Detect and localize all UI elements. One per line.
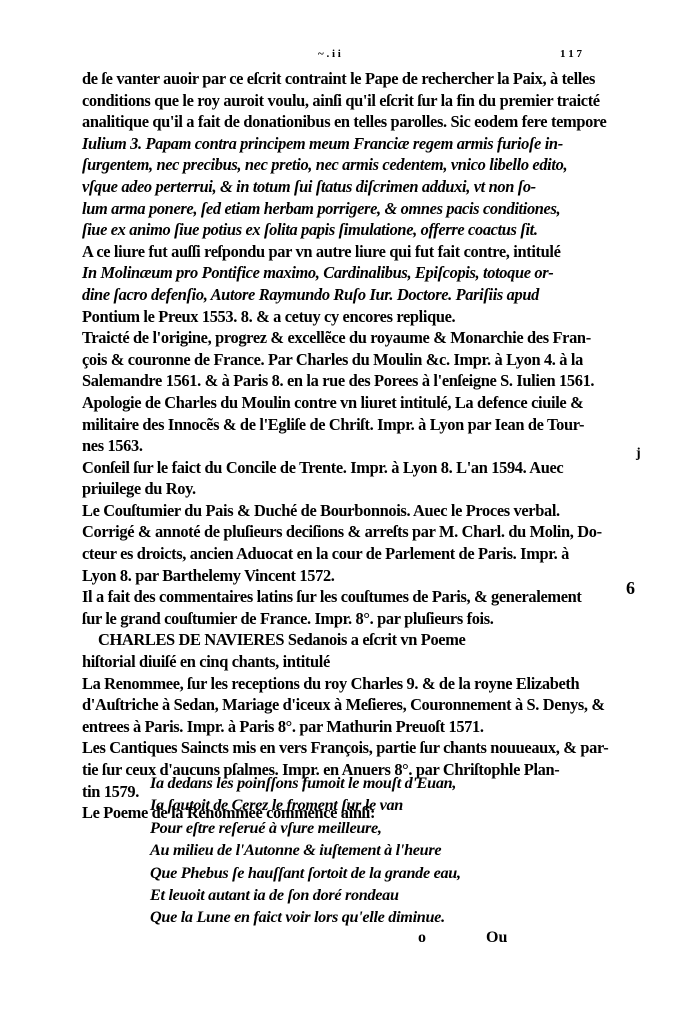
bibliography-entry-line: çois & couronne de France. Par Charles d… <box>82 349 614 371</box>
book-title-line: In Molinæum pro Pontifice maximo, Cardin… <box>82 262 614 284</box>
bibliography-entry-line: Apologie de Charles du Moulin contre vn … <box>82 392 614 414</box>
latin-quote-line: vſque adeo perterrui, & in totum ſui ſta… <box>82 176 614 198</box>
text-line: hiſtorial diuiſé en cinq chants, intitul… <box>82 651 614 673</box>
margin-mark: j <box>636 446 641 462</box>
verse-line: Ia ſautoit de Cerez le froment ſur le va… <box>150 794 550 816</box>
bibliography-entry-line: La Renommee, ſur les receptions du roy C… <box>82 673 614 695</box>
bibliography-entry-line: Lyon 8. par Barthelemy Vincent 1572. <box>82 565 614 587</box>
latin-quote-line: ſiue ex animo ſiue potius ex ſolita papi… <box>82 219 614 241</box>
text-line: analitique qu'il a fait de donationibus … <box>82 111 614 133</box>
latin-quote-line: ſurgentem, nec precibus, nec pretio, nec… <box>82 154 614 176</box>
text-line: Pontium le Preux 1553. 8. & a cetuy cy e… <box>82 306 614 328</box>
text-line: ſur le grand couſtumier de France. Impr.… <box>82 608 614 630</box>
verse-line: Que la Lune en faict voir lors qu'elle d… <box>150 906 550 928</box>
text-line: de ſe vanter auoir par ce eſcrit contrai… <box>82 68 614 90</box>
text-line: A ce liure fut auſſi reſpondu par vn aut… <box>82 241 614 263</box>
bibliography-entry-line: Traicté de l'origine, progrez & excellẽc… <box>82 327 614 349</box>
bibliography-entry-line: cteur es droicts, ancien Aduocat en la c… <box>82 543 614 565</box>
latin-quote-line: Iulium 3. Papam contra principem meum Fr… <box>82 133 614 155</box>
bibliography-entry-line: Le Couſtumier du Pais & Duché de Bourbon… <box>82 500 614 522</box>
running-head-left: ~ . i i <box>318 48 341 60</box>
signature-mark: o <box>418 929 426 947</box>
author-heading-line: CHARLES DE NAVIERES Sedanois a eſcrit vn… <box>82 629 614 651</box>
text-line: conditions que le roy auroit voulu, ainſ… <box>82 90 614 112</box>
book-title-line: dine ſacro defenſio, Autore Raymundo Ruſ… <box>82 284 614 306</box>
catchword: Ou <box>486 929 507 947</box>
latin-quote-line: lum arma ponere, ſed etiam herbam porrig… <box>82 198 614 220</box>
bibliography-entry-line: Conſeil ſur le faict du Concile de Trent… <box>82 457 614 479</box>
bibliography-entry-line: priuilege du Roy. <box>82 478 614 500</box>
bibliography-entry-line: Salemandre 1561. & à Paris 8. en la rue … <box>82 370 614 392</box>
bibliography-entry-line: Corrigé & annoté de pluſieurs deciſions … <box>82 521 614 543</box>
margin-mark: 6 <box>626 578 635 599</box>
verse-line: Ia dedans les poinſſons fumoit le mouſt … <box>150 772 550 794</box>
page-number: 1 1 7 <box>560 48 582 60</box>
bibliography-entry-line: militaire des Innocẽs & de l'Egliſe de C… <box>82 414 614 436</box>
bibliography-entry-line: entrees à Paris. Impr. à Paris 8°. par M… <box>82 716 614 738</box>
verse-line: Pour eſtre reſerué à vſure meilleure, <box>150 817 550 839</box>
body-text: de ſe vanter auoir par ce eſcrit contrai… <box>82 68 614 824</box>
bibliography-entry-line: d'Auſtriche à Sedan, Mariage d'iceux à M… <box>82 694 614 716</box>
book-page: ~ . i i 1 1 7 de ſe vanter auoir par ce … <box>0 0 696 1024</box>
verse-line: Et leuoit autant ia de ſon doré rondeau <box>150 884 550 906</box>
text-line: Il a fait des commentaires latins ſur le… <box>82 586 614 608</box>
running-head: ~ . i i 1 1 7 <box>0 48 696 62</box>
bibliography-entry-line: nes 1563. <box>82 435 614 457</box>
verse-line: Au milieu de l'Autonne & iuſtement à l'h… <box>150 839 550 861</box>
verse-line: Que Phebus ſe hauſſant ſortoit de la gra… <box>150 862 550 884</box>
bibliography-entry-line: Les Cantiques Saincts mis en vers Franço… <box>82 737 614 759</box>
poem-excerpt: Ia dedans les poinſſons fumoit le mouſt … <box>150 772 550 929</box>
